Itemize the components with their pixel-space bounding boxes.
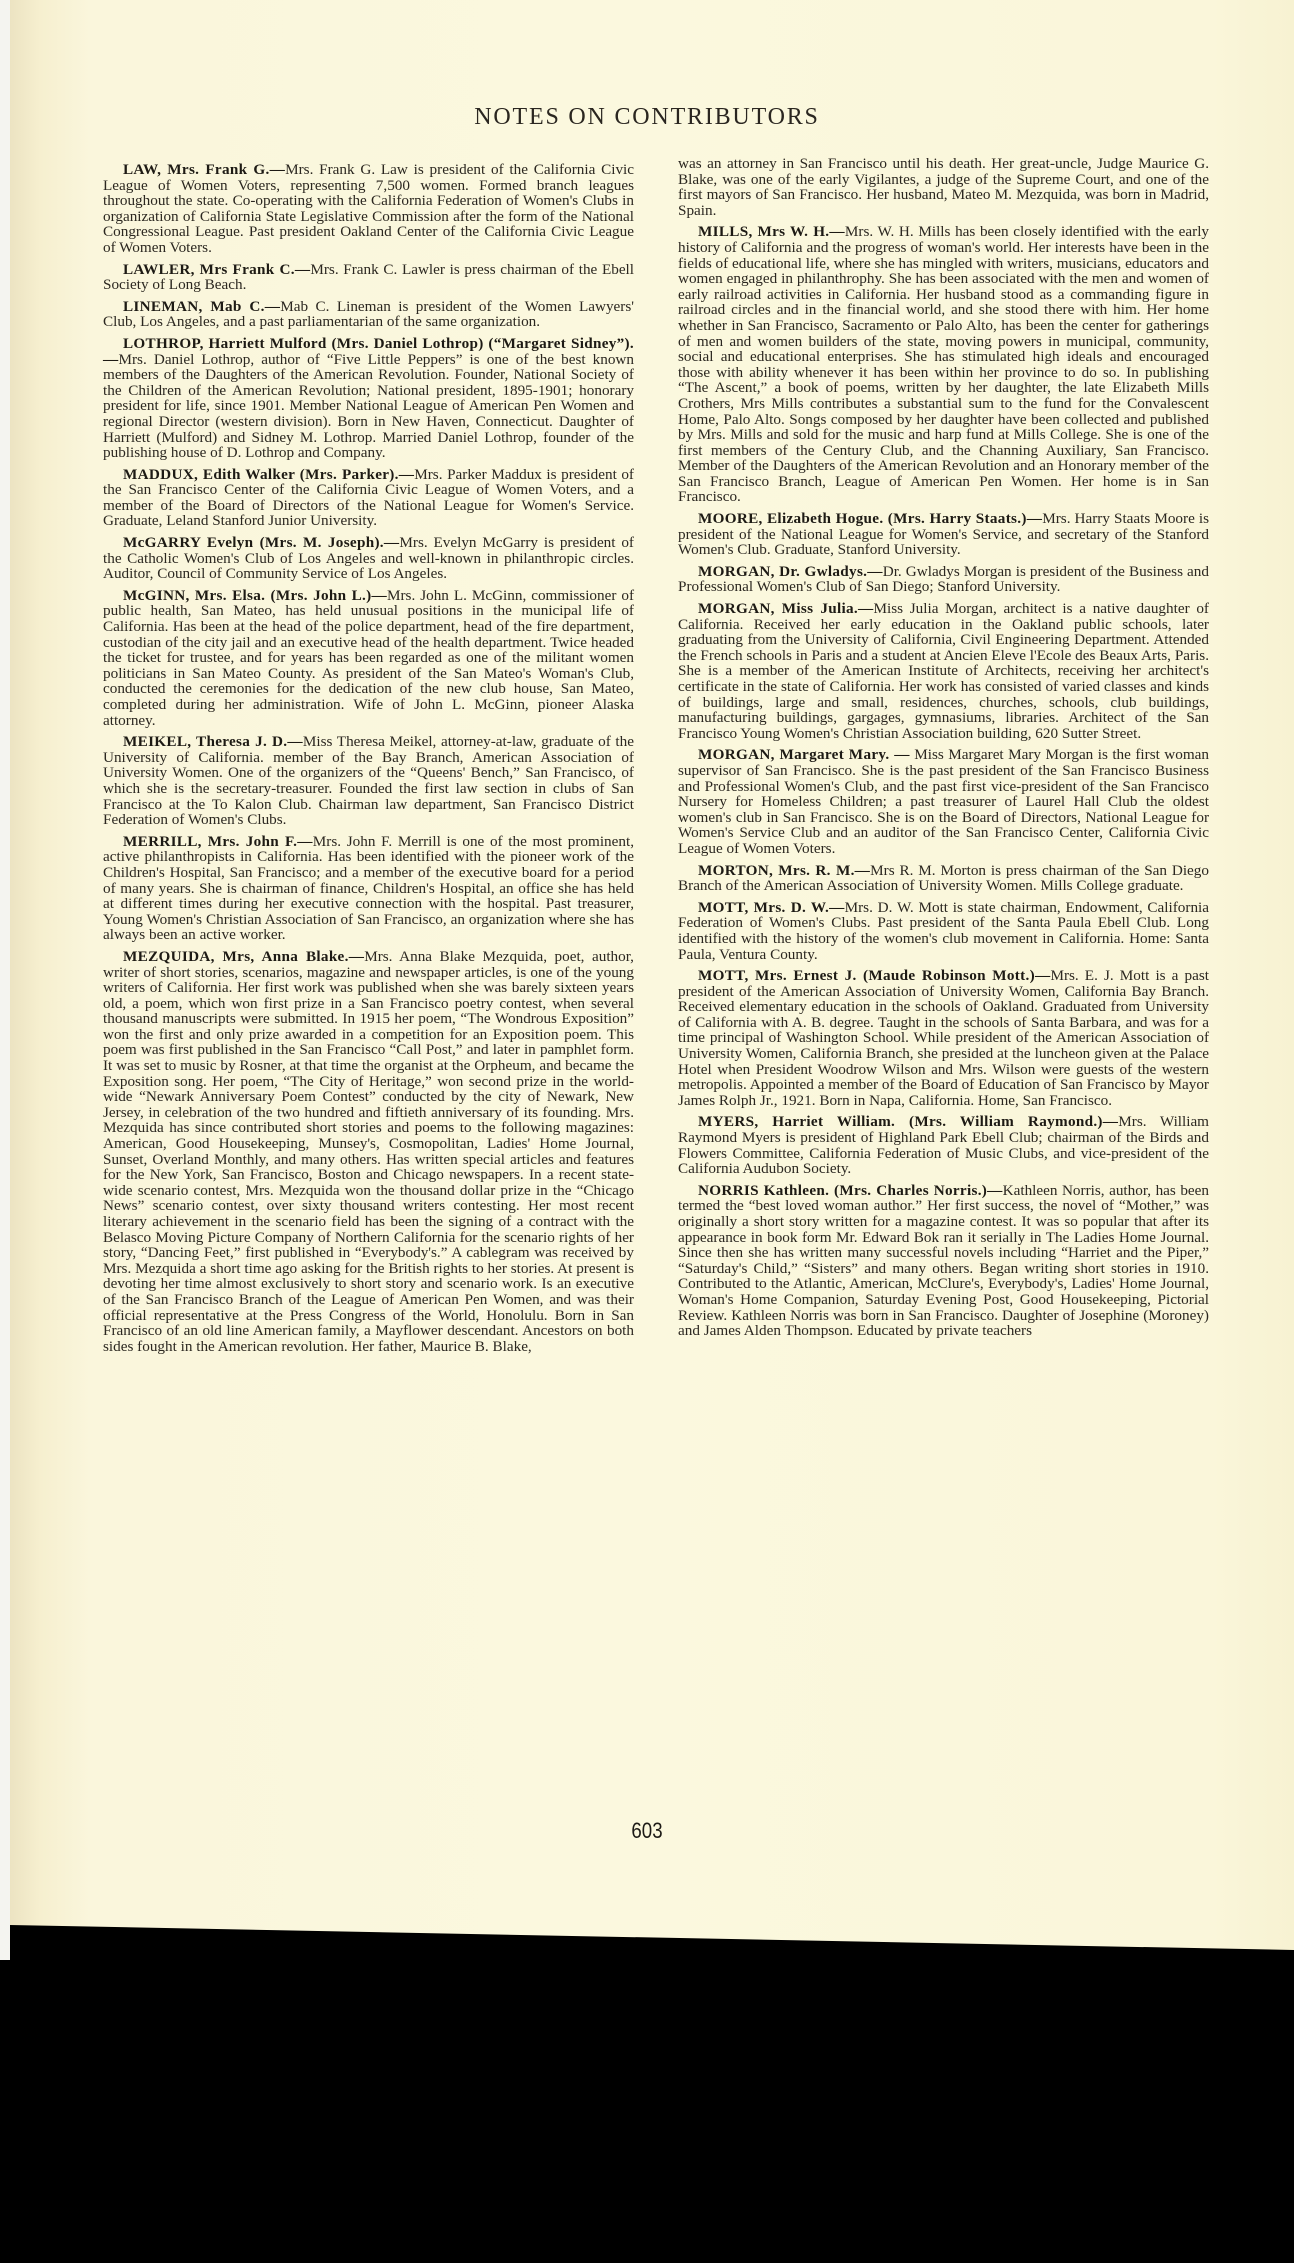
entry-morgan-julia: MORGAN, Miss Julia.—Miss Julia Morgan, a…: [678, 601, 1209, 741]
entry-text: Mrs. Daniel Lothrop, author of “Five Lit…: [103, 351, 634, 462]
left-column: LAW, Mrs. Frank G.—Mrs. Frank G. Law is …: [103, 162, 634, 1360]
entry-heading: MORGAN, Dr. Gwladys.—: [698, 563, 883, 580]
entry-heading: LAW, Mrs. Frank G.—: [123, 161, 285, 178]
entry-mills: MILLS, Mrs W. H.—Mrs. W. H. Mills has be…: [678, 224, 1209, 505]
entry-text: Mrs. John L. McGinn, commissioner of pub…: [103, 587, 634, 729]
entry-text: Miss Julia Morgan, architect is a native…: [678, 600, 1209, 742]
entry-merrill: MERRILL, Mrs. John F.—Mrs. John F. Merri…: [103, 834, 634, 943]
entry-mezquida-continued: was an attorney in San Francisco until h…: [678, 156, 1209, 218]
entry-text: Mrs. Anna Blake Mezquida, poet, author, …: [103, 948, 634, 1355]
entry-morgan-gwladys: MORGAN, Dr. Gwladys.—Dr. Gwladys Morgan …: [678, 564, 1209, 595]
entry-heading: MOORE, Elizabeth Hogue. (Mrs. Harry Staa…: [698, 510, 1042, 527]
entry-maddux: MADDUX, Edith Walker (Mrs. Parker).—Mrs.…: [103, 467, 634, 529]
entry-lawler: LAWLER, Mrs Frank C.—Mrs. Frank C. Lawle…: [103, 262, 634, 293]
page-number: 603: [97, 1818, 1197, 1844]
right-column: was an attorney in San Francisco until h…: [678, 156, 1209, 1345]
entry-text: Mrs. John F. Merrill is one of the most …: [103, 833, 634, 944]
entry-heading: MORGAN, Margaret Mary. —: [698, 746, 910, 763]
scan-margin: [0, 0, 10, 1960]
entry-heading: McGINN, Mrs. Elsa. (Mrs. John L.)—: [123, 587, 387, 604]
entry-mott-dw: MOTT, Mrs. D. W.—Mrs. D. W. Mott is stat…: [678, 900, 1209, 962]
entry-lothrop: LOTHROP, Harriett Mulford (Mrs. Daniel L…: [103, 336, 634, 461]
entry-morgan-margaret: MORGAN, Margaret Mary. — Miss Margaret M…: [678, 747, 1209, 856]
entry-text: Mrs. E. J. Mott is a past president of t…: [678, 967, 1209, 1109]
entry-heading: LINEMAN, Mab C.—: [123, 298, 280, 315]
entry-text: Mrs. W. H. Mills has been closely identi…: [678, 223, 1209, 505]
entry-heading: McGARRY Evelyn (Mrs. M. Joseph).—: [123, 534, 399, 551]
entry-heading: MYERS, Harriet William. (Mrs. William Ra…: [698, 1113, 1118, 1130]
entry-mcginn: McGINN, Mrs. Elsa. (Mrs. John L.)—Mrs. J…: [103, 588, 634, 728]
entry-heading: MORTON, Mrs. R. M.—: [698, 862, 870, 879]
page-title: NOTES ON CONTRIBUTORS: [0, 104, 1294, 131]
entry-mezquida: MEZQUIDA, Mrs, Anna Blake.—Mrs. Anna Bla…: [103, 949, 634, 1354]
entry-mcgarry: McGARRY Evelyn (Mrs. M. Joseph).—Mrs. Ev…: [103, 535, 634, 582]
entry-heading: MADDUX, Edith Walker (Mrs. Parker).—: [123, 466, 414, 483]
entry-myers: MYERS, Harriet William. (Mrs. William Ra…: [678, 1114, 1209, 1176]
entry-heading: NORRIS Kathleen. (Mrs. Charles Norris.)—: [698, 1182, 1003, 1199]
entry-heading: MERRILL, Mrs. John F.—: [123, 833, 313, 850]
entry-moore: MOORE, Elizabeth Hogue. (Mrs. Harry Staa…: [678, 511, 1209, 558]
entry-law: LAW, Mrs. Frank G.—Mrs. Frank G. Law is …: [103, 162, 634, 256]
entry-heading: MORGAN, Miss Julia.—: [698, 600, 874, 617]
entry-norris: NORRIS Kathleen. (Mrs. Charles Norris.)—…: [678, 1183, 1209, 1339]
entry-heading: LAWLER, Mrs Frank C.—: [123, 261, 310, 278]
entry-text: Miss Margaret Mary Morgan is the first w…: [678, 746, 1209, 857]
entry-text: was an attorney in San Francisco until h…: [678, 155, 1209, 219]
entry-meikel: MEIKEL, Theresa J. D.—Miss Theresa Meike…: [103, 734, 634, 828]
entry-heading: MEIKEL, Theresa J. D.—: [123, 733, 303, 750]
entry-heading: MOTT, Mrs. D. W.—: [698, 899, 845, 916]
entry-morton: MORTON, Mrs. R. M.—Mrs R. M. Morton is p…: [678, 863, 1209, 894]
entry-heading: MILLS, Mrs W. H.—: [698, 223, 845, 240]
entry-lineman: LINEMAN, Mab C.—Mab C. Lineman is presid…: [103, 299, 634, 330]
entry-text: Kathleen Norris, author, has been termed…: [678, 1182, 1209, 1339]
entry-mott-ernest: MOTT, Mrs. Ernest J. (Maude Robinson Mot…: [678, 968, 1209, 1108]
entry-heading: MOTT, Mrs. Ernest J. (Maude Robinson Mot…: [698, 967, 1050, 984]
entry-heading: MEZQUIDA, Mrs, Anna Blake.—: [123, 948, 364, 965]
